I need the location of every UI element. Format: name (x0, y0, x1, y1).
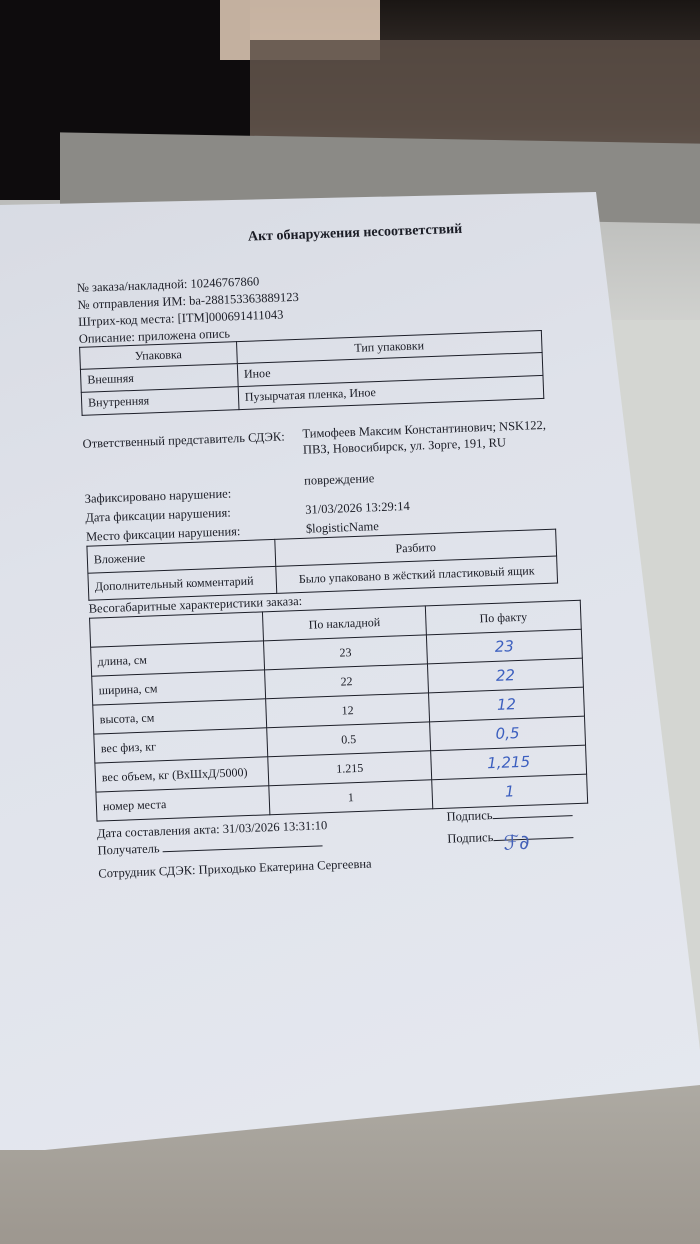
description: приложена опись (138, 326, 231, 343)
dimensions-table: По накладной По факту длина, см 23 23 ши… (89, 600, 588, 822)
act-date: 31/03/2026 13:31:10 (222, 818, 327, 836)
representative-value: Тимофеев Максим Константинович; NSK122, … (302, 416, 563, 459)
discrepancy-act-document: Акт обнаружения несоответствий № заказа/… (75, 216, 618, 882)
barcode: [ITM]000691411043 (177, 307, 283, 325)
representative-block: Ответственный представитель СДЭК: Тимофе… (82, 414, 603, 467)
order-number: 10246767860 (190, 274, 259, 291)
shipment-number: ba-288153363889123 (189, 290, 299, 308)
handwritten-signature-icon: ℱ∂ (503, 829, 530, 857)
signature-line-2: Подписьℱ∂ (447, 826, 573, 847)
